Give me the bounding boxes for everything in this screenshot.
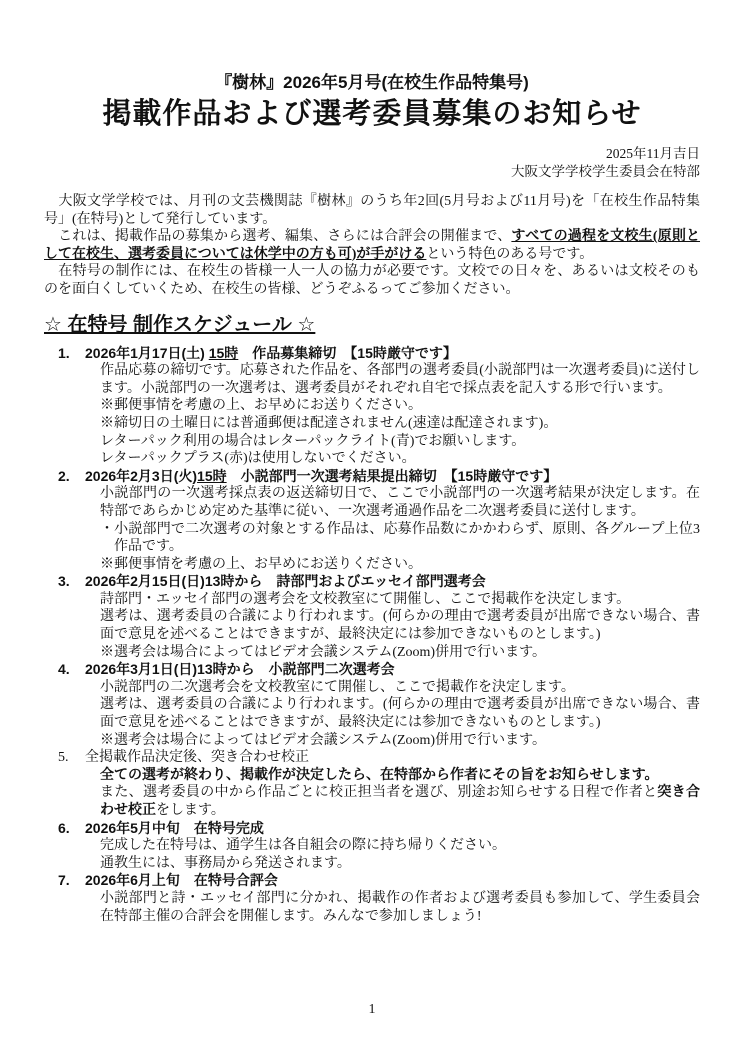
schedule-item-7: 7.2026年6月上旬 在特号合評会 小説部門と詩・エッセイ部門に分かれ、掲載作…	[44, 872, 700, 925]
schedule-item-1-heading: 1.2026年1月17日(土) 15時 作品募集締切 【15時厳守です】	[58, 345, 700, 363]
schedule-item-5-body: 全ての選考が終わり、掲載作が決定したら、在特部から作者にその旨をお知らせします。…	[100, 767, 700, 820]
intro-paragraph-2-pre: これは、掲載作品の募集から選考、編集、さらには合評会の開催まで、	[44, 229, 511, 244]
intro-paragraph-1: 大阪文学学校では、月刊の文芸機関誌『樹林』のうち年2回(5月号および11月号)を…	[44, 193, 700, 228]
text-line: レターパック利用の場合はレターパックライト(青)でお願いします。	[100, 433, 700, 451]
document-page: 『樹林』2026年5月号(在校生作品特集号) 掲載作品および選考委員募集のお知ら…	[0, 0, 744, 1053]
item-title: 全掲載作品決定後、突き合わせ校正	[85, 750, 309, 765]
item-title: 作品募集締切 【15時厳守です】	[238, 345, 457, 361]
text-line: ※郵便事情を考慮の上、お早めにお送りください。	[100, 556, 700, 574]
schedule-item-7-body: 小説部門と詩・エッセイ部門に分かれ、掲載作の作者および選考委員も参加して、学生委…	[100, 890, 700, 925]
item-number: 1.	[58, 345, 85, 363]
schedule-item-6-body: 完成した在特号は、通学生は各自組会の際に持ち帰りください。 通教生には、事務局か…	[100, 837, 700, 872]
schedule-item-4-heading: 4.2026年3月1日(日)13時から 小説部門二次選考会	[58, 661, 700, 679]
intro-paragraph-2: これは、掲載作品の募集から選考、編集、さらには合評会の開催まで、すべての過程を文…	[44, 228, 700, 263]
item-title: 2026年3月1日(日)13時から 小説部門二次選考会	[85, 661, 395, 677]
text-line: ※締切日の土曜日には普通郵便は配達されません(速達は配達されます)。	[100, 415, 700, 433]
text-segment: をします。	[156, 803, 225, 818]
text-line: ※選考会は場合によってはビデオ会議システム(Zoom)併用で行います。	[100, 732, 700, 750]
item-time: 15時	[209, 345, 239, 361]
schedule-item-2: 2.2026年2月3日(火)15時 小説部門一次選考結果提出締切 【15時厳守で…	[44, 468, 700, 574]
schedule-item-3: 3.2026年2月15日(日)13時から 詩部門およびエッセイ部門選考会 詩部門…	[44, 573, 700, 661]
text-line: 作品応募の締切です。応募された作品を、各部門の選考委員(小説部門は一次選考委員)…	[100, 362, 700, 397]
item-title: 2026年6月上旬 在特号合評会	[85, 872, 278, 888]
item-number: 4.	[58, 661, 85, 679]
schedule-list: 1.2026年1月17日(土) 15時 作品募集締切 【15時厳守です】 作品応…	[44, 345, 700, 926]
item-number: 6.	[58, 820, 85, 838]
item-number: 2.	[58, 468, 85, 486]
text-line: 全ての選考が終わり、掲載作が決定したら、在特部から作者にその旨をお知らせします。	[100, 767, 700, 785]
schedule-item-5: 5.全掲載作品決定後、突き合わせ校正 全ての選考が終わり、掲載作が決定したら、在…	[44, 749, 700, 819]
schedule-item-3-body: 詩部門・エッセイ部門の選考会を文校教室にて開催し、ここで掲載作を決定します。 選…	[100, 591, 700, 661]
item-number: 3.	[58, 573, 85, 591]
text-line: ※選考会は場合によってはビデオ会議システム(Zoom)併用で行います。	[100, 644, 700, 662]
intro-paragraph-2-post: という特色のある号です。	[426, 247, 593, 262]
text-line: 完成した在特号は、通学生は各自組会の際に持ち帰りください。	[100, 837, 700, 855]
text-line: 選考は、選考委員の合議により行われます。(何らかの理由で選考委員が出席できない場…	[100, 608, 700, 643]
text-line: 小説部門の二次選考会を文校教室にて開催し、ここで掲載作を決定します。	[100, 679, 700, 697]
text-line: また、選考委員の中から作品ごとに校正担当者を選び、別途お知らせする日程で作者と突…	[100, 784, 700, 819]
doc-subtitle: 『樹林』2026年5月号(在校生作品特集号)	[44, 72, 700, 93]
text-line: 選考は、選考委員の合議により行われます。(何らかの理由で選考委員が出席できない場…	[100, 696, 700, 731]
item-number: 7.	[58, 872, 85, 890]
page-number: 1	[0, 1002, 744, 1018]
item-title: 2026年2月15日(日)13時から 詩部門およびエッセイ部門選考会	[85, 573, 486, 589]
schedule-item-5-heading: 5.全掲載作品決定後、突き合わせ校正	[58, 749, 700, 767]
text-line: ・小説部門で二次選考の対象とする作品は、応募作品数にかかわらず、原則、各グループ…	[100, 521, 700, 556]
text-line: 小説部門の一次選考採点表の返送締切日で、ここで小説部門の一次選考結果が決定します…	[100, 485, 700, 520]
schedule-item-1-body: 作品応募の締切です。応募された作品を、各部門の選考委員(小説部門は一次選考委員)…	[100, 362, 700, 468]
text-line: ※郵便事情を考慮の上、お早めにお送りください。	[100, 397, 700, 415]
schedule-item-1: 1.2026年1月17日(土) 15時 作品募集締切 【15時厳守です】 作品応…	[44, 345, 700, 468]
schedule-item-6-heading: 6.2026年5月中旬 在特号完成	[58, 820, 700, 838]
text-line: 通教生には、事務局から発送されます。	[100, 855, 700, 873]
text-segment: また、選考委員の中から作品ごとに校正担当者を選び、別途お知らせする日程で作者と	[100, 785, 657, 800]
schedule-item-4-body: 小説部門の二次選考会を文校教室にて開催し、ここで掲載作を決定します。 選考は、選…	[100, 679, 700, 749]
schedule-item-6: 6.2026年5月中旬 在特号完成 完成した在特号は、通学生は各自組会の際に持ち…	[44, 820, 700, 873]
schedule-item-2-body: 小説部門の一次選考採点表の返送締切日で、ここで小説部門の一次選考結果が決定します…	[100, 485, 700, 573]
page-title: 掲載作品および選考委員募集のお知らせ	[44, 95, 700, 133]
doc-meta: 2025年11月吉日 大阪文学学校学生委員会在特部	[44, 145, 700, 180]
schedule-heading: ☆ 在特号 制作スケジュール ☆	[44, 313, 315, 338]
text-line: 詩部門・エッセイ部門の選考会を文校教室にて開催し、ここで掲載作を決定します。	[100, 591, 700, 609]
schedule-item-2-heading: 2.2026年2月3日(火)15時 小説部門一次選考結果提出締切 【15時厳守で…	[58, 468, 700, 486]
intro-section: 大阪文学学校では、月刊の文芸機関誌『樹林』のうち年2回(5月号および11月号)を…	[44, 193, 700, 299]
text-line: レターパックプラス(赤)は使用しないでください。	[100, 450, 700, 468]
intro-paragraph-3: 在特号の制作には、在校生の皆様一人一人の協力が必要です。文校での日々を、あるいは…	[44, 263, 700, 298]
item-number: 5.	[58, 749, 85, 767]
doc-organization: 大阪文学学校学生委員会在特部	[44, 163, 700, 181]
text-line: 小説部門と詩・エッセイ部門に分かれ、掲載作の作者および選考委員も参加して、学生委…	[100, 890, 700, 925]
item-date: 2026年2月3日(火)	[85, 468, 197, 484]
schedule-item-3-heading: 3.2026年2月15日(日)13時から 詩部門およびエッセイ部門選考会	[58, 573, 700, 591]
doc-date: 2025年11月吉日	[44, 145, 700, 163]
item-title: 小説部門一次選考結果提出締切 【15時厳守です】	[227, 468, 558, 484]
item-date: 2026年1月17日(土)	[85, 345, 209, 361]
schedule-item-4: 4.2026年3月1日(日)13時から 小説部門二次選考会 小説部門の二次選考会…	[44, 661, 700, 749]
schedule-item-7-heading: 7.2026年6月上旬 在特号合評会	[58, 872, 700, 890]
item-time: 15時	[197, 468, 227, 484]
item-title: 2026年5月中旬 在特号完成	[85, 820, 264, 836]
